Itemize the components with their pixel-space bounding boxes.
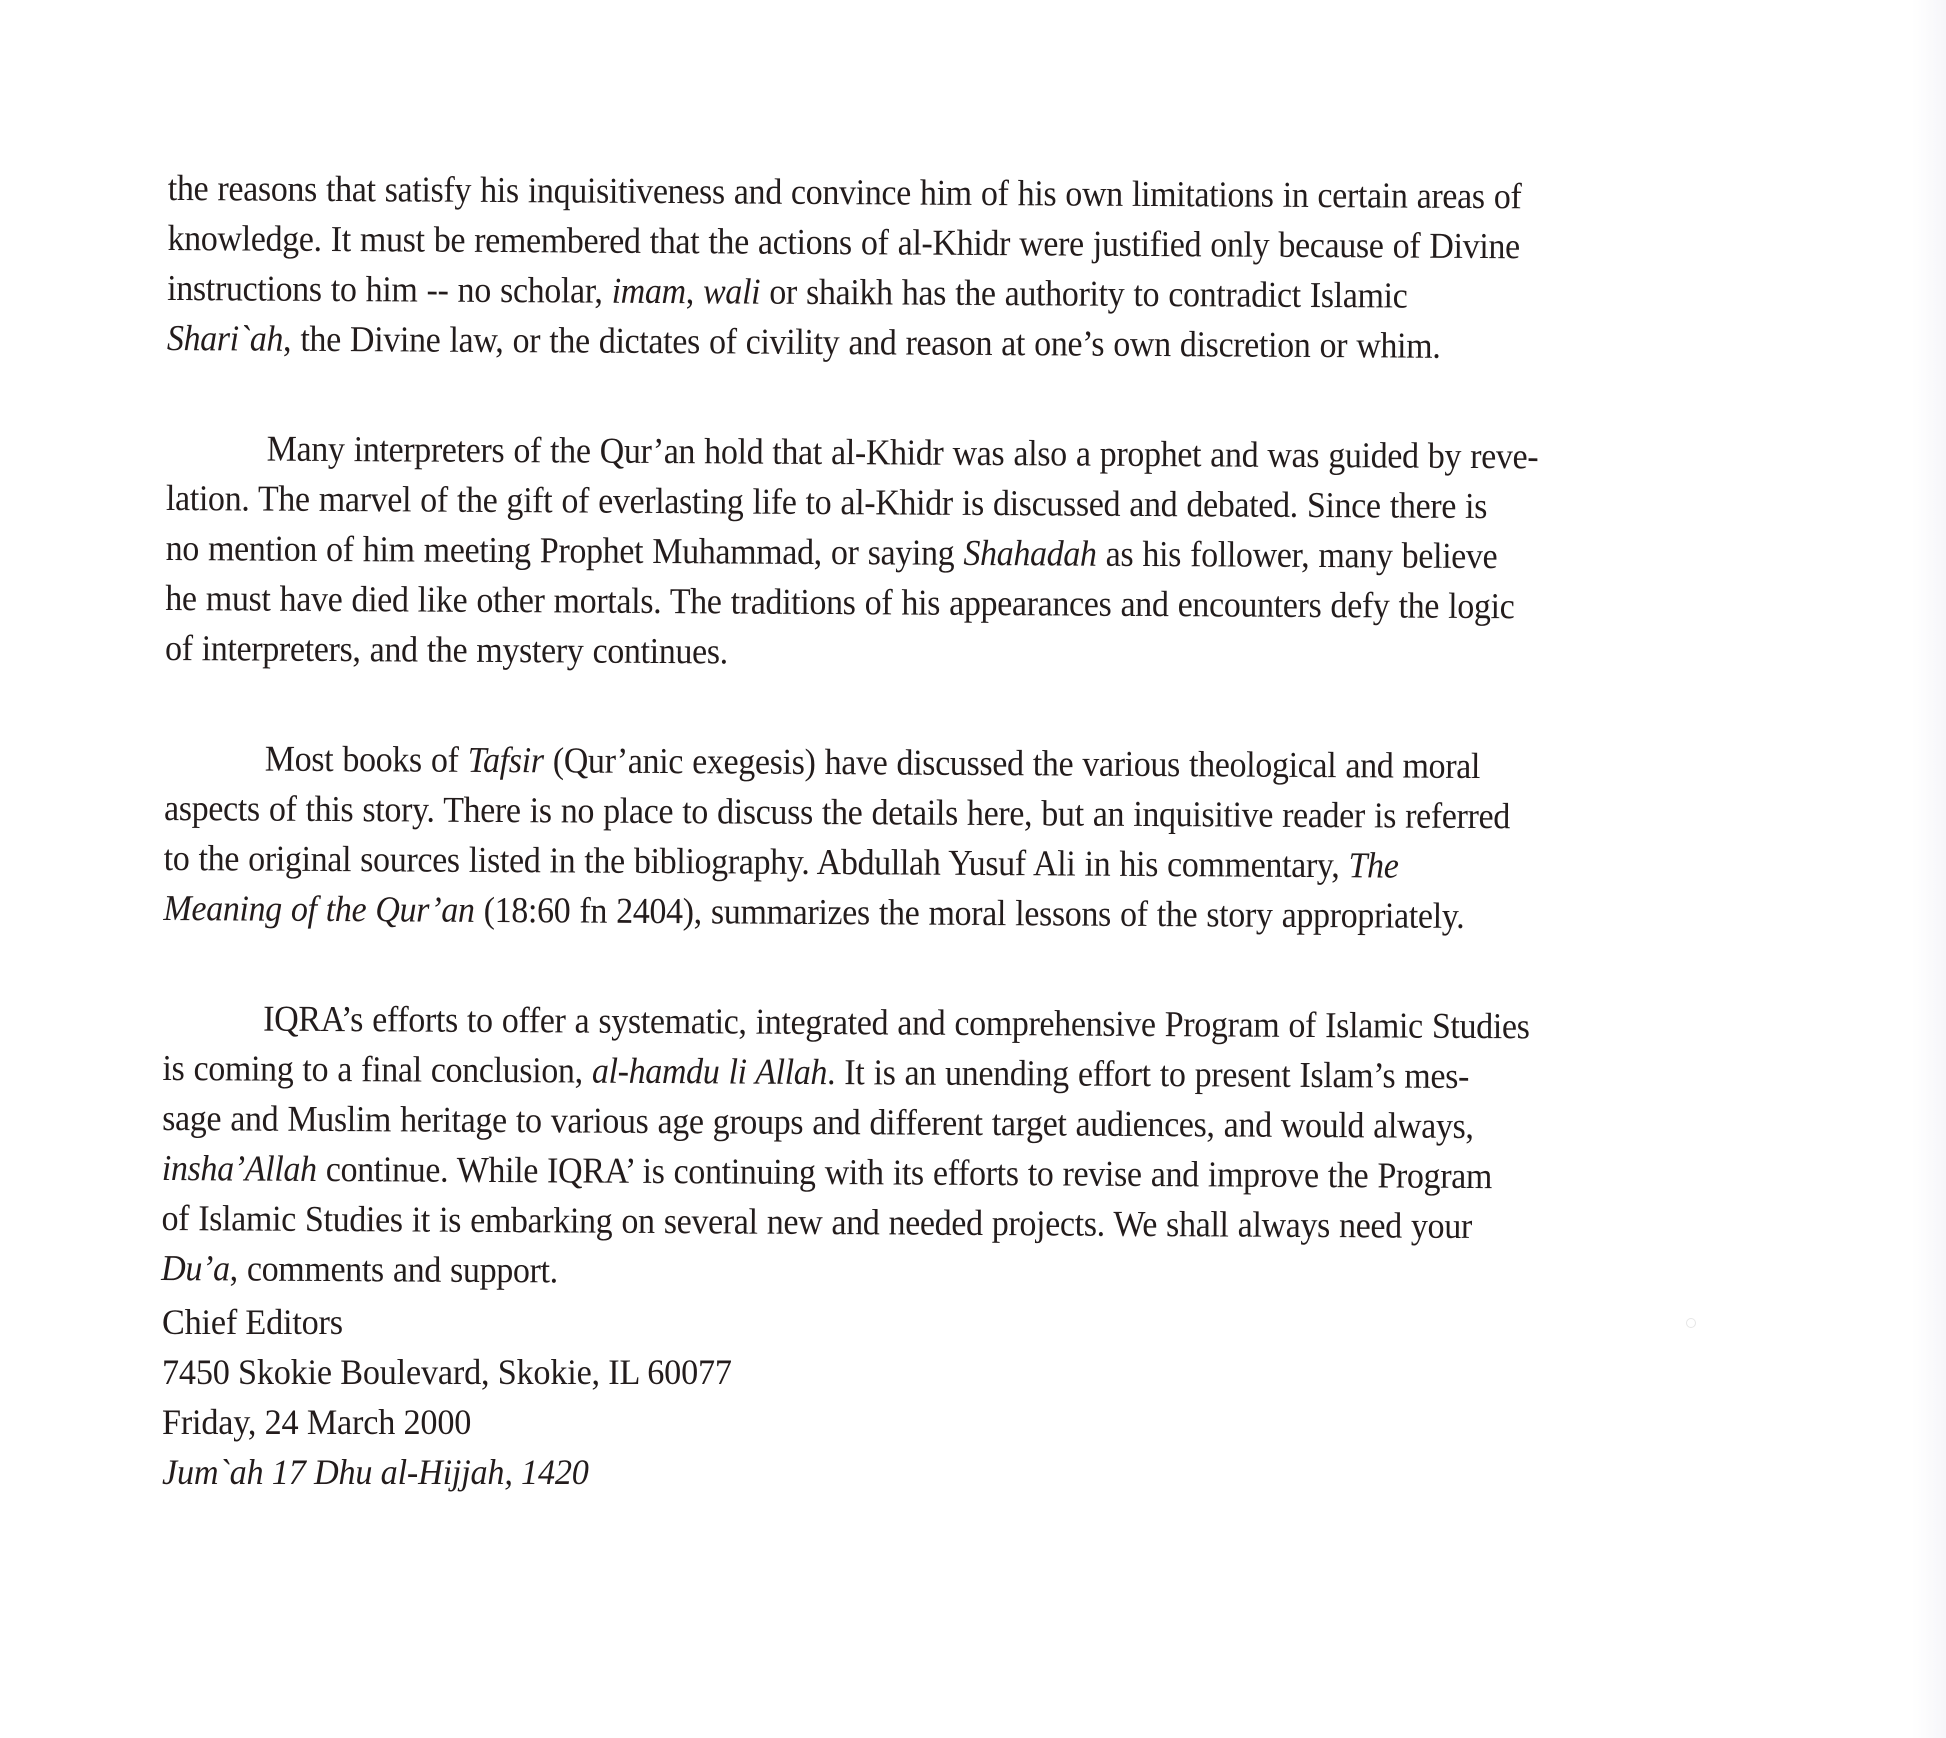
- paragraph-indent: [166, 460, 266, 461]
- text-line: Shari`ah, the Divine law, or the dictate…: [167, 313, 1855, 373]
- signature-address: 7450 Skokie Boulevard, Skokie, IL 60077: [162, 1347, 732, 1397]
- text-run: of Islamic Studies it is embarking on se…: [161, 1197, 1472, 1246]
- text-run: , comments and support.: [230, 1247, 558, 1290]
- text-run: Many interpreters of the Qur’an hold tha…: [267, 428, 1539, 477]
- text-run: Most books of: [265, 738, 468, 780]
- document-body: the reasons that satisfy his inquisitive…: [161, 163, 1858, 1363]
- text-run: aspects of this story. There is no place…: [164, 787, 1510, 836]
- italic-term: Tafsir: [468, 739, 544, 780]
- text-run: IQRA’s efforts to offer a systematic, in…: [263, 998, 1530, 1047]
- text-run: instructions to him -- no scholar,: [167, 267, 612, 311]
- text-run: sage and Muslim heritage to various age …: [162, 1097, 1474, 1146]
- text-run: as his follower, many believe: [1097, 533, 1498, 576]
- text-line: Meaning of the Qur’an (18:60 fn 2404), s…: [163, 883, 1851, 943]
- text-line: of interpreters, and the mystery continu…: [165, 623, 1853, 683]
- italic-term: al-hamdu li Allah: [592, 1050, 827, 1092]
- text-run: continue. While IQRA’ is continuing with…: [317, 1148, 1493, 1196]
- text-run: (18:60 fn 2404), summarizes the moral le…: [474, 889, 1464, 936]
- text-line: Du’a, comments and support.: [161, 1243, 1849, 1303]
- signature-date-hijri: Jum`ah 17 Dhu al-Hijjah, 1420: [162, 1447, 732, 1497]
- italic-term: Meaning of the Qur’an: [163, 887, 474, 930]
- italic-term: wali: [703, 270, 760, 311]
- text-run: , the Divine law, or the dictates of civ…: [283, 318, 1441, 366]
- paragraph-indent: [163, 1030, 263, 1031]
- paragraph-p4: IQRA’s efforts to offer a systematic, in…: [161, 993, 1851, 1303]
- italic-term: Shahadah: [963, 532, 1096, 574]
- signature-date-hijri-text: Jum`ah 17 Dhu al-Hijjah, 1420: [162, 1452, 589, 1492]
- italic-term: Du’a: [161, 1247, 230, 1288]
- scan-edge-shadow: [1912, 0, 1946, 1738]
- text-run: to the original sources listed in the bi…: [164, 837, 1349, 885]
- signature-date-gregorian: Friday, 24 March 2000: [162, 1397, 732, 1447]
- text-run: knowledge. It must be remembered that th…: [167, 217, 1520, 266]
- signature-block: Chief Editors 7450 Skokie Boulevard, Sko…: [162, 1297, 732, 1497]
- text-run: lation. The marvel of the gift of everla…: [166, 477, 1487, 526]
- text-run: of interpreters, and the mystery continu…: [165, 627, 728, 671]
- signature-title: Chief Editors: [162, 1297, 732, 1347]
- text-run: . It is an unending effort to present Is…: [827, 1051, 1469, 1096]
- text-run: or shaikh has the authority to contradic…: [760, 271, 1408, 316]
- italic-term: insha’Allah: [162, 1147, 317, 1189]
- text-run: he must have died like other mortals. Th…: [165, 577, 1514, 626]
- italic-term: The: [1348, 844, 1398, 885]
- paragraph-p3: Most books of Tafsir (Qur’anic exegesis)…: [163, 733, 1852, 943]
- italic-term: imam: [612, 270, 686, 311]
- text-run: (Qur’anic exegesis) have discussed the v…: [544, 739, 1481, 786]
- text-run: ,: [686, 270, 704, 311]
- text-run: is coming to a final conclusion,: [162, 1047, 592, 1091]
- paragraph-p2: Many interpreters of the Qur’an hold tha…: [165, 423, 1854, 683]
- paragraph-p1: the reasons that satisfy his inquisitive…: [167, 163, 1856, 373]
- paragraph-list: the reasons that satisfy his inquisitive…: [161, 163, 1858, 1303]
- text-run: the reasons that satisfy his inquisitive…: [168, 167, 1522, 216]
- italic-term: Shari`ah: [167, 317, 283, 359]
- paragraph-indent: [164, 770, 264, 771]
- text-run: no mention of him meeting Prophet Muhamm…: [166, 527, 964, 573]
